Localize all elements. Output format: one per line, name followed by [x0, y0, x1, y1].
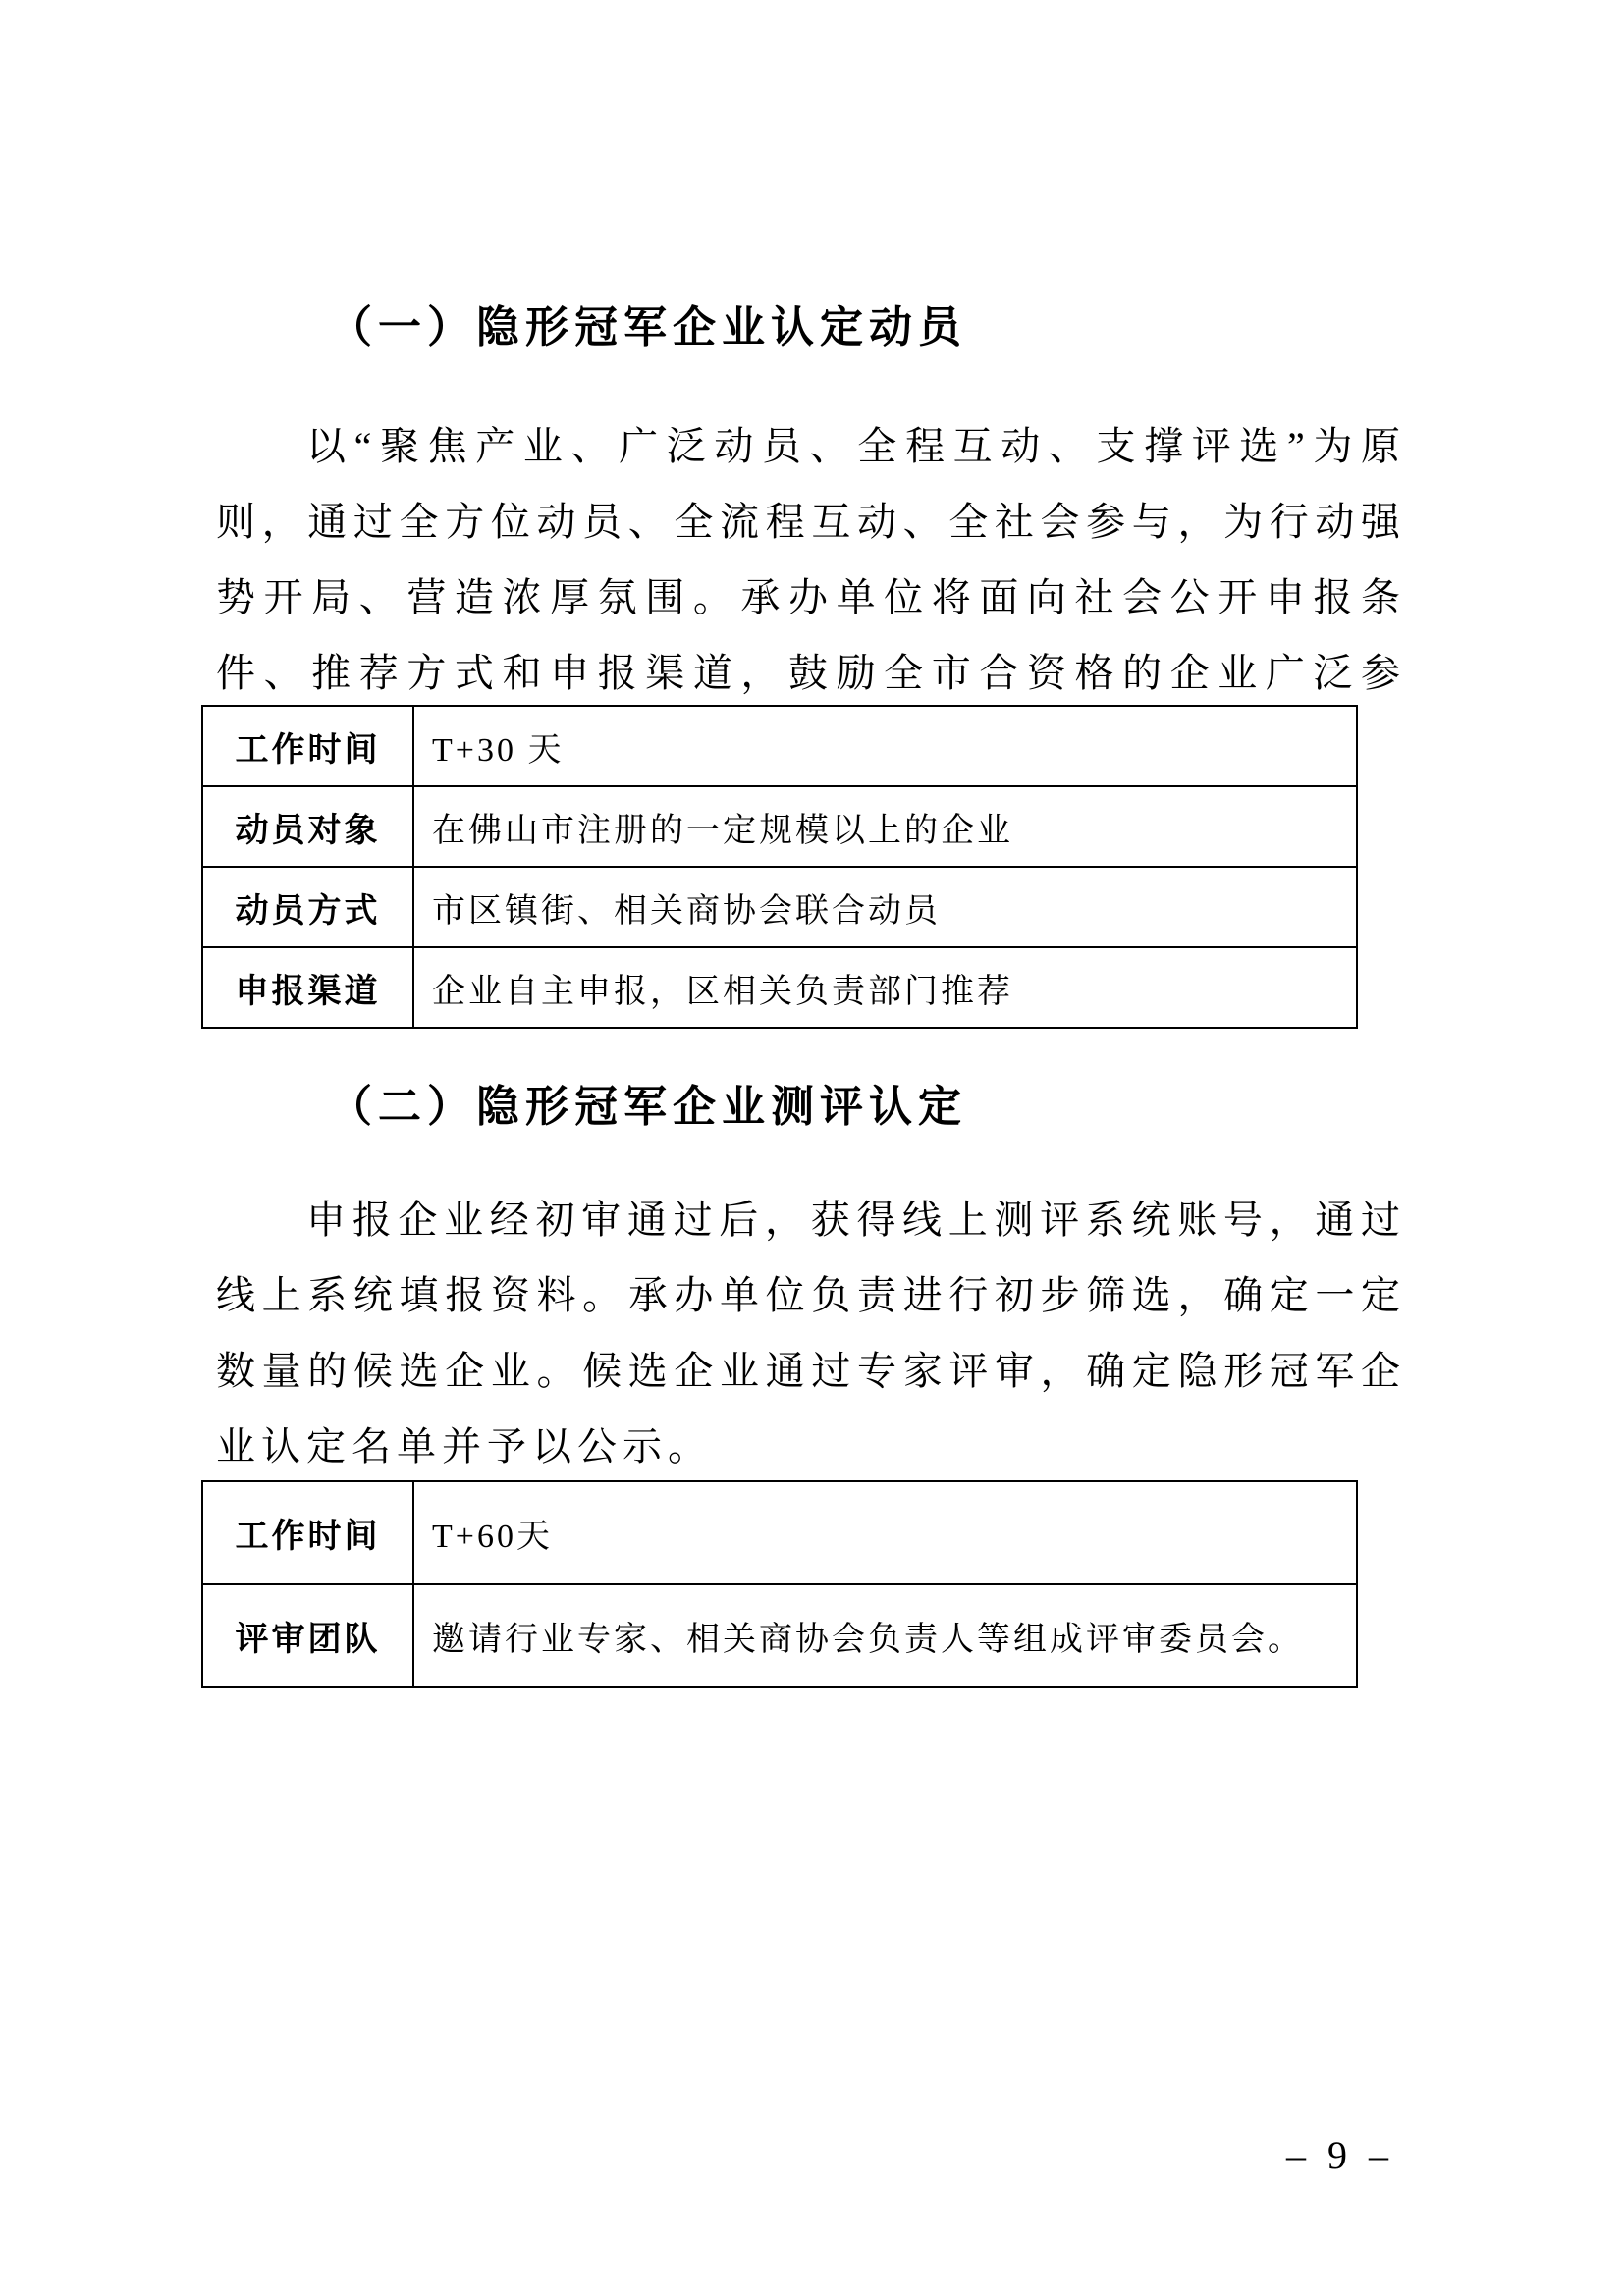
row-value: 在佛山市注册的一定规模以上的企业	[413, 786, 1357, 867]
row-label: 动员方式	[202, 867, 413, 947]
row-value: 邀请行业专家、相关商协会负责人等组成评审委员会。	[413, 1584, 1357, 1687]
row-label: 评审团队	[202, 1584, 413, 1687]
row-label: 工作时间	[202, 1481, 413, 1584]
table-row: 申报渠道 企业自主申报，区相关负责部门推荐	[202, 947, 1357, 1028]
section-2-heading: （二）隐形冠军企业测评认定	[329, 1082, 967, 1133]
page-number: – 9 –	[1272, 2132, 1409, 2178]
section-1-heading: （一）隐形冠军企业认定动员	[329, 302, 967, 353]
row-label: 工作时间	[202, 706, 413, 786]
row-value: 企业自主申报，区相关负责部门推荐	[413, 947, 1357, 1028]
table-row: 评审团队 邀请行业专家、相关商协会负责人等组成评审委员会。	[202, 1584, 1357, 1687]
section-1-table: 工作时间 T+30 天 动员对象 在佛山市注册的一定规模以上的企业 动员方式 市…	[201, 705, 1358, 1029]
row-label: 动员对象	[202, 786, 413, 867]
row-value: T+30 天	[413, 706, 1357, 786]
table-row: 工作时间 T+60天	[202, 1481, 1357, 1584]
section-2-paragraph: 申报企业经初审通过后，获得线上测评系统账号，通过线上系统填报资料。承办单位负责进…	[216, 1182, 1406, 1484]
table-row: 动员方式 市区镇街、相关商协会联合动员	[202, 867, 1357, 947]
row-value: T+60天	[413, 1481, 1357, 1584]
row-value: 市区镇街、相关商协会联合动员	[413, 867, 1357, 947]
section-2-table: 工作时间 T+60天 评审团队 邀请行业专家、相关商协会负责人等组成评审委员会。	[201, 1480, 1358, 1688]
row-label: 申报渠道	[202, 947, 413, 1028]
table-row: 动员对象 在佛山市注册的一定规模以上的企业	[202, 786, 1357, 867]
table-row: 工作时间 T+30 天	[202, 706, 1357, 786]
document-page: （一）隐形冠军企业认定动员 以“聚焦产业、广泛动员、全程互动、支撑评选”为原则，…	[0, 0, 1624, 2296]
